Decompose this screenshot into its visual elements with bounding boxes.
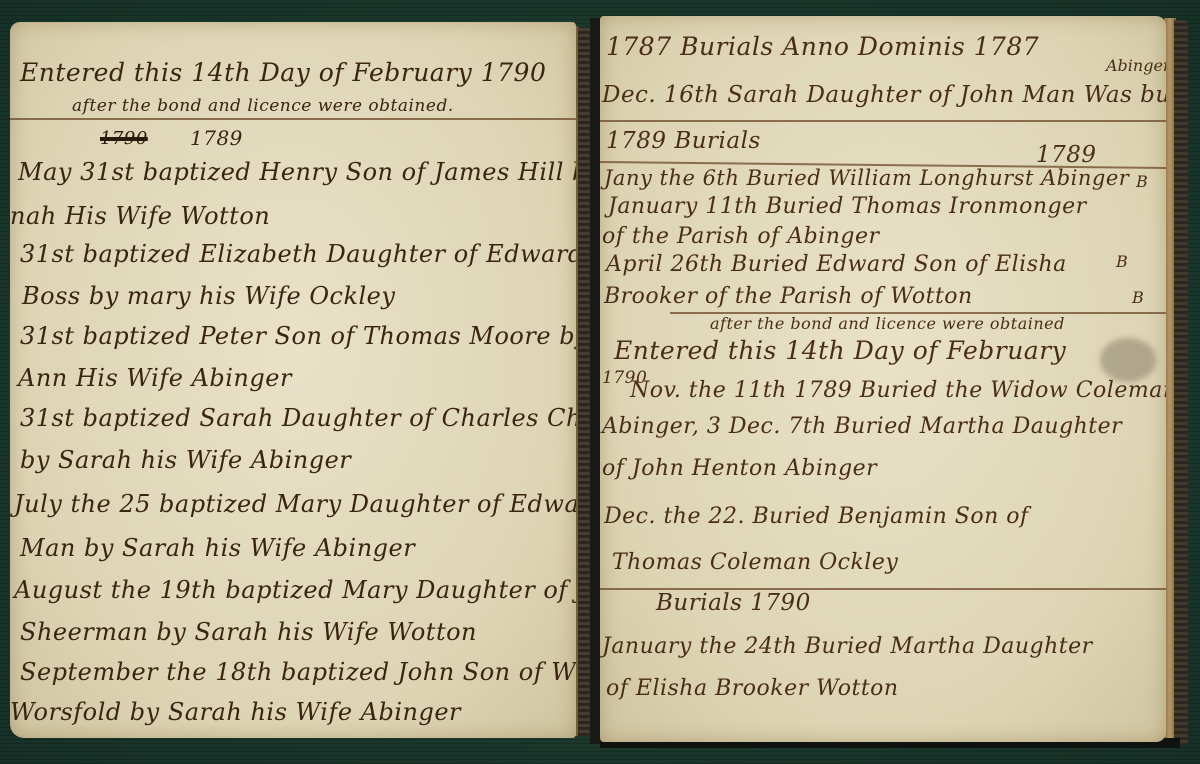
register-line: 31st baptized Peter Son of Thomas Moore … [20,322,576,350]
bond-licence-note: after the bond and licence were obtained… [72,96,454,116]
register-line: nah His Wife Wotton [10,202,270,230]
title-margin-abinger: Abinger [1106,56,1166,75]
left-binding [578,28,590,736]
entry-1787: Dec. 16th Sarah Daughter of John Man Was… [602,82,1166,108]
section-1789-year-right: 1789 [1036,142,1097,168]
burial-line: Brooker of the Parish of Wotton [604,284,973,309]
burial-line: of Elisha Brooker Wotton [606,676,899,701]
register-line: Worsfold by Sarah his Wife Abinger [10,698,461,726]
burial-line: of John Henton Abinger [602,456,877,481]
year-heading: 1789 [190,126,243,150]
register-line: Boss by mary his Wife Ockley [22,282,395,310]
burial-line: Abinger, 3 Dec. 7th Buried Martha Daught… [602,414,1122,439]
section-1789-heading: 1789 Burials [606,128,761,154]
register-line: 31st baptized Elizabeth Daughter of Edwa… [20,240,576,268]
header-rule [10,118,576,120]
burial-line: of the Parish of Abinger [602,224,880,249]
right-binding [1174,20,1188,746]
ink-stain [1100,338,1156,382]
burial-line: Dec. the 22. Buried Benjamin Son of [604,504,1029,529]
burial-line: January 11th Buried Thomas Ironmonger [608,194,1087,219]
register-line: July the 25 baptized Mary Daughter of Ed… [14,490,576,518]
left-page: Entered this 14th Day of February 1790 a… [10,22,576,738]
burial-line: April 26th Buried Edward Son of Elisha [606,252,1067,277]
struck-year: 1790 [100,128,148,149]
bond-licence-note: after the bond and licence were obtained [710,314,1065,333]
margin-mark: B [1136,172,1148,191]
register-line: 31st baptized Sarah Daughter of Charles … [20,404,576,432]
margin-mark: B [1116,252,1128,271]
right-page: 1787 Burials Anno Dominis 1787 Abinger D… [600,16,1166,742]
register-line: August the 19th baptized Mary Daughter o… [14,576,576,604]
burial-line: Thomas Coleman Ockley [612,550,898,575]
burials-title: 1787 Burials Anno Dominis 1787 [606,32,1039,61]
gutter [590,18,600,744]
register-line: September the 18th baptized John Son of … [20,658,576,686]
register-line: by Sarah his Wife Abinger [20,446,351,474]
burial-line: January the 24th Buried Martha Daughter [602,634,1093,659]
burial-line: Jany the 6th Buried William Longhurst Ab… [604,166,1129,190]
section-1790-heading: Burials 1790 [656,590,811,616]
entered-note: Entered this 14th Day of February [614,336,1066,365]
burial-line: Nov. the 11th 1789 Buried the Widow Cole… [630,378,1166,403]
rule-1787 [600,120,1166,122]
register-line: Ann His Wife Abinger [18,364,292,392]
register-line: May 31st baptized Henry Son of James Hil… [18,158,576,186]
register-line: Sheerman by Sarah his Wife Wotton [20,618,477,646]
register-line: Man by Sarah his Wife Abinger [20,534,415,562]
entered-header: Entered this 14th Day of February 1790 [20,58,546,87]
margin-mark: B [1132,288,1144,307]
